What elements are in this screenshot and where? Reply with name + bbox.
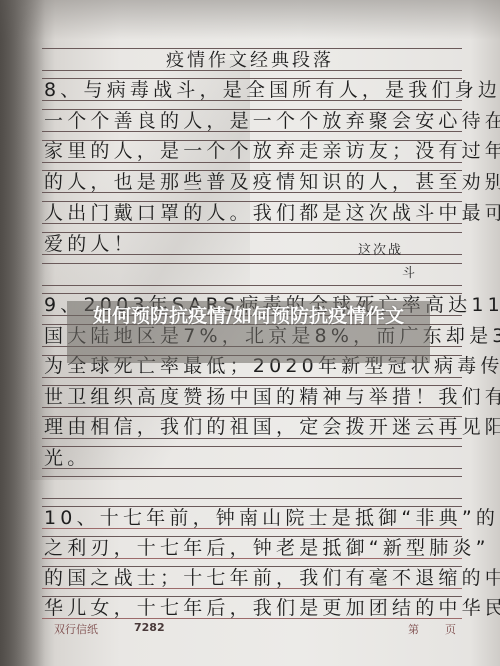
- text-line: 之利刃，十七年后，钟老是抵御“新型肺炎”: [44, 537, 464, 559]
- rule-line: [42, 498, 462, 499]
- text-line: 人出门戴口罩的人。我们都是这次战斗中最可: [44, 202, 464, 224]
- rule-line: [42, 48, 462, 49]
- margin-note: 这次战: [358, 239, 403, 258]
- paper-type-label: 双行信纸: [54, 621, 98, 637]
- margin-note: 斗: [402, 262, 417, 281]
- page-prefix: 第: [408, 623, 419, 636]
- rule-line: [42, 377, 462, 378]
- caption-title: 如何预防抗疫情/如何预防抗疫情作文: [67, 303, 430, 329]
- rule-line: [42, 438, 462, 439]
- text-line: 理由相信，我们的祖国，定会拨开迷云再见阳: [44, 416, 464, 438]
- rule-line: [42, 476, 462, 477]
- text-line: 华儿女，十七年后，我们是更加团结的中华民: [44, 597, 464, 619]
- paper-code: 7282: [134, 621, 165, 634]
- text-line: 8、与病毒战斗，是全国所有人，是我们身边: [44, 79, 464, 101]
- page-suffix: 页: [445, 623, 456, 636]
- rule-line: [42, 162, 462, 163]
- page-number-label: 第页: [408, 621, 482, 637]
- text-line: 的国之战士；十七年前，我们有毫不退缩的中: [44, 567, 464, 589]
- paper-photo: 疫情作文经典段落 8、与病毒战斗，是全国所有人，是我们身边 一个个善良的人，是一…: [0, 0, 500, 666]
- text-line: 光。: [44, 447, 464, 469]
- text-line: 家里的人，是一个个放弃走亲访友；没有过年: [44, 140, 464, 162]
- document-title: 疫情作文经典段落: [0, 50, 500, 72]
- text-line: 10、十七年前，钟南山院士是抵御“非典”的国: [44, 507, 464, 529]
- text-line: 世卫组织高度赞扬中国的精神与举措！我们有: [44, 386, 464, 408]
- rule-line: [42, 285, 462, 286]
- rule-line: [42, 263, 462, 264]
- text-line: 的人，也是那些普及疫情知识的人，甚至劝别: [44, 171, 464, 193]
- text-line: 一个个善良的人，是一个个放弃聚会安心待在: [44, 110, 464, 132]
